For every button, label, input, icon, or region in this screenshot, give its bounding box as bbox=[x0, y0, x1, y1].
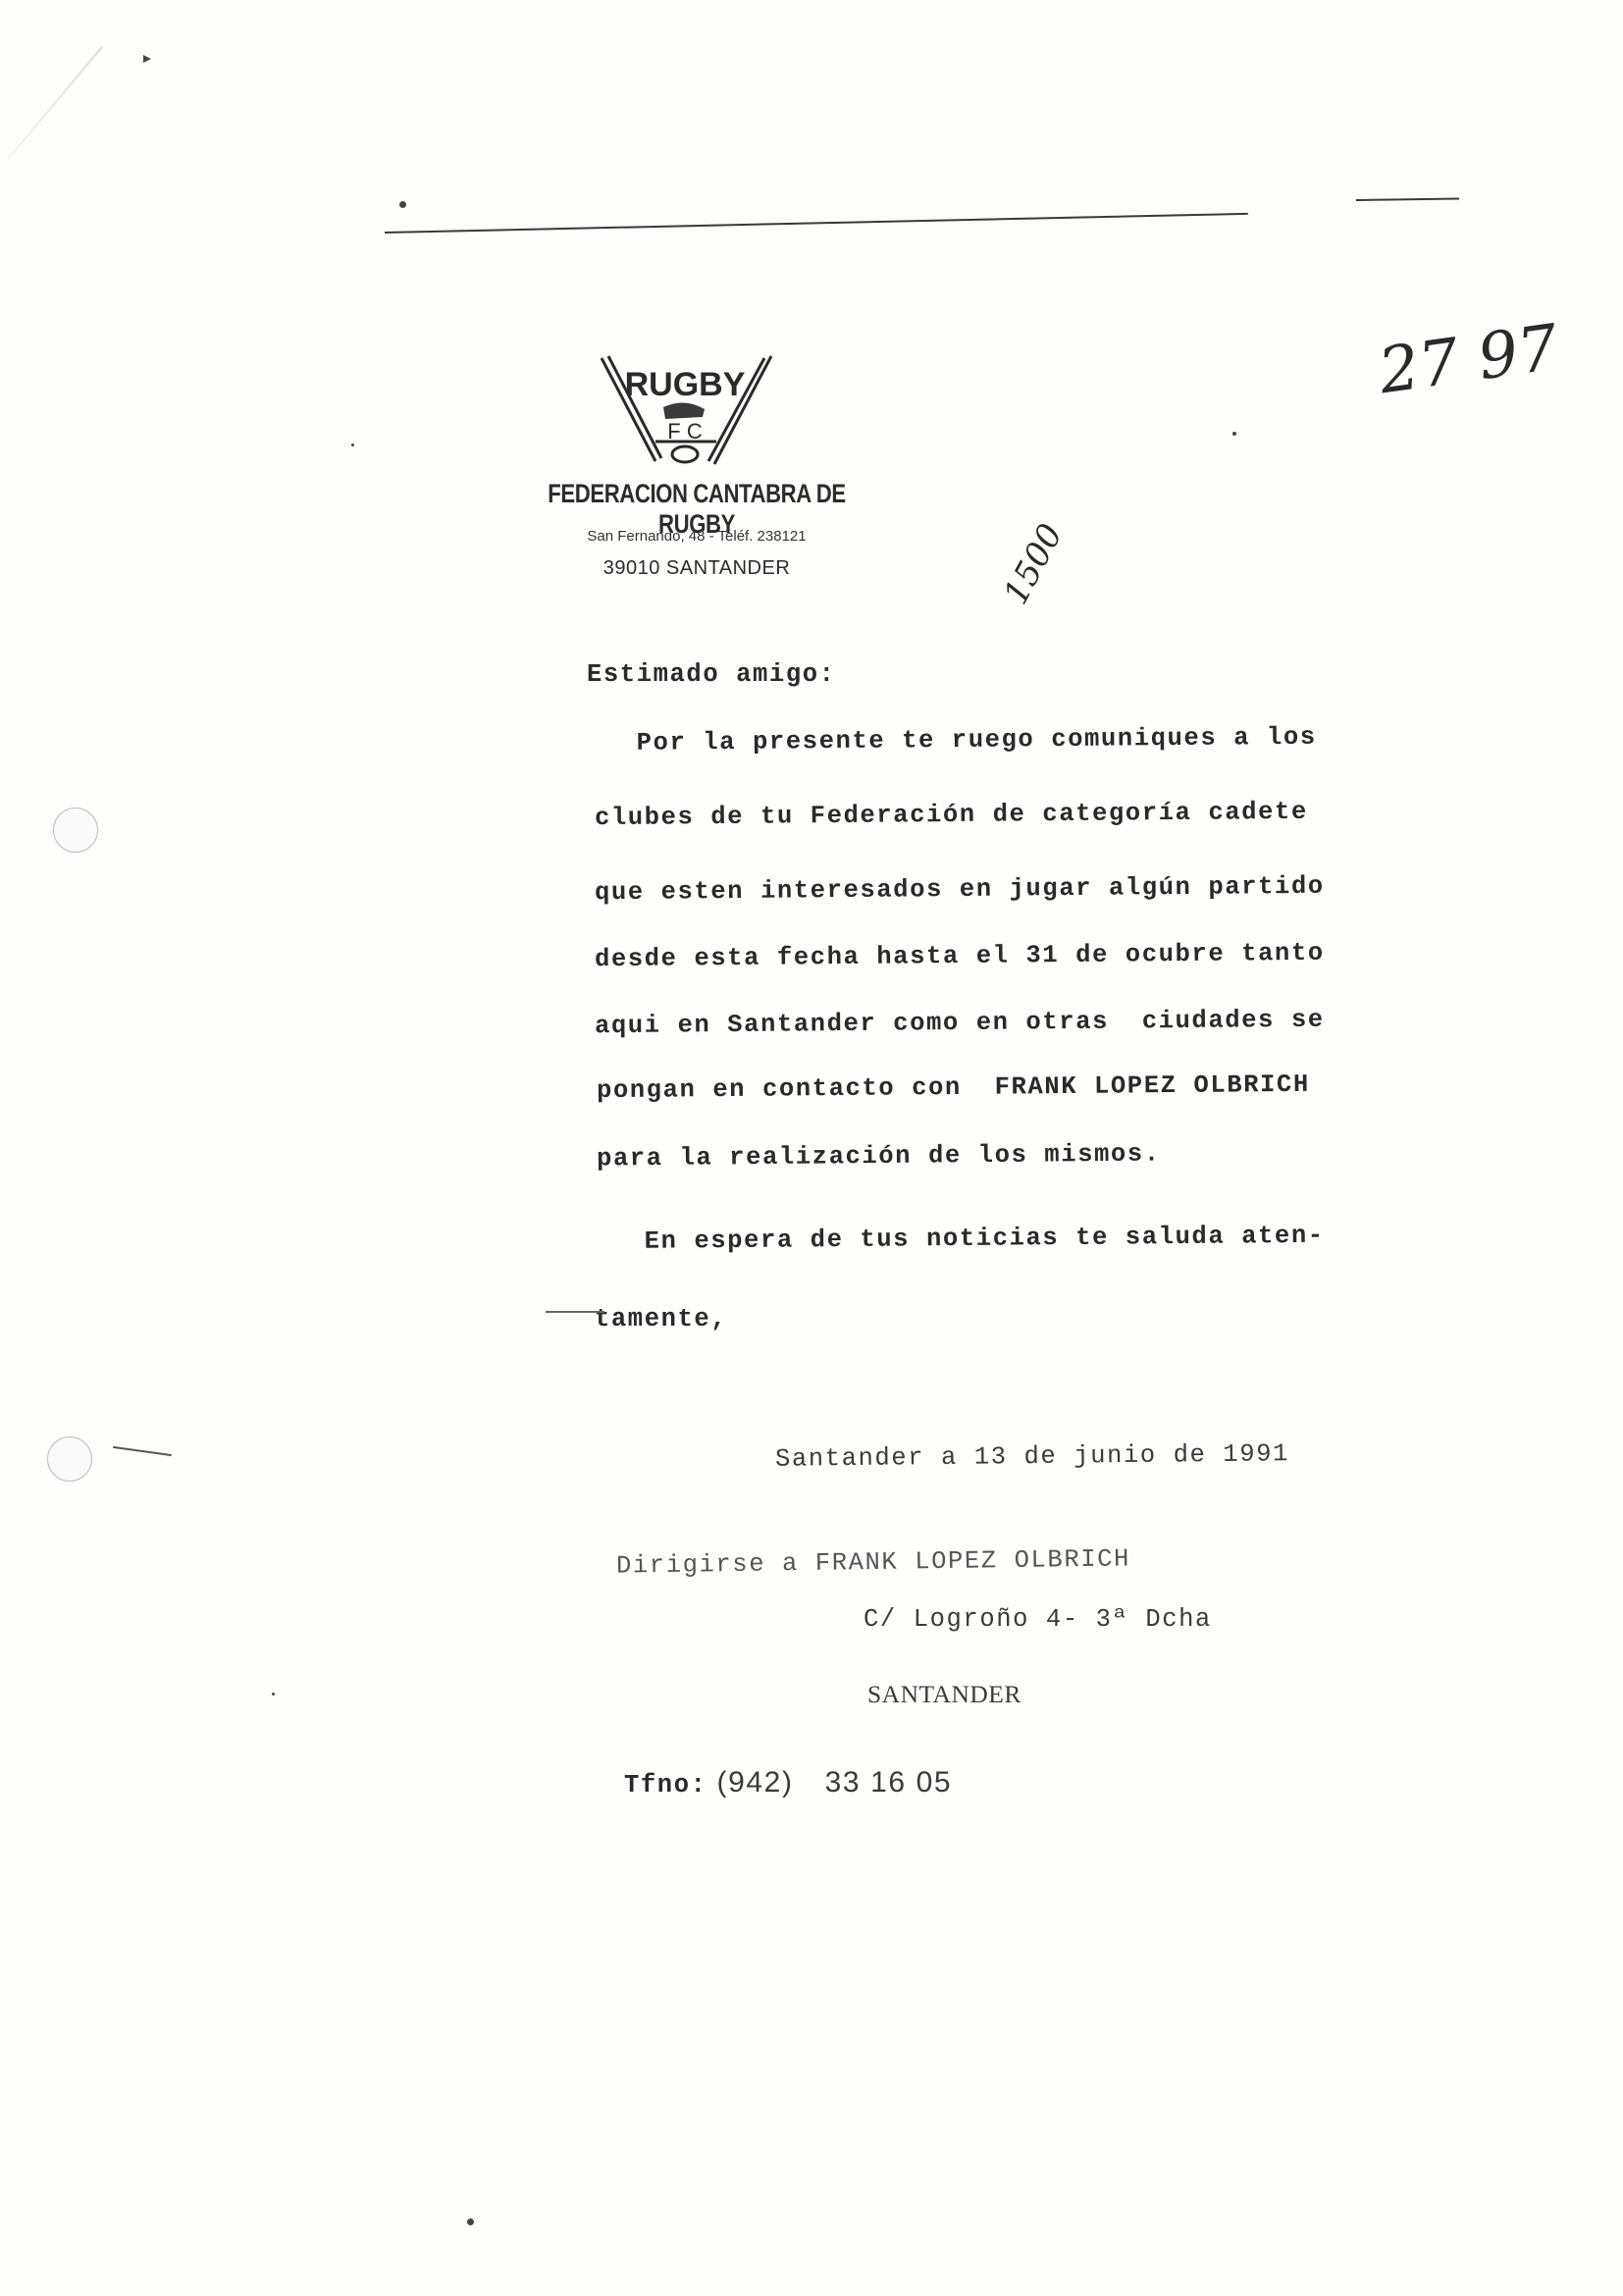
contact-city: SANTANDER bbox=[867, 1680, 1021, 1709]
phone-number: 33 16 05 bbox=[825, 1766, 953, 1799]
scan-speck bbox=[272, 1693, 275, 1696]
body-line: clubes de tu Federación de categoría cad… bbox=[595, 798, 1308, 832]
punch-hole-top bbox=[53, 808, 98, 853]
body-line: desde esta fecha hasta el 31 de ocubre t… bbox=[595, 939, 1325, 973]
contact-directive: Dirigirse a FRANK LOPEZ OLBRICH bbox=[616, 1544, 1130, 1580]
svg-text:RUGBY: RUGBY bbox=[625, 366, 746, 403]
scan-dash bbox=[113, 1446, 172, 1456]
phone-label: Tfno: bbox=[624, 1771, 707, 1800]
rugby-logo-icon: RUGBY F C bbox=[587, 348, 783, 476]
header-rule bbox=[385, 213, 1248, 234]
body-line: aqui en Santander como en otras ciudades… bbox=[595, 1006, 1325, 1040]
scan-speck bbox=[399, 201, 406, 208]
body-line: que esten interesados en jugar algún par… bbox=[595, 872, 1325, 907]
corner-mark-icon bbox=[143, 55, 151, 63]
contact-phone: Tfno: (942) 33 16 05 bbox=[624, 1766, 952, 1800]
contact-street: C/ Logroño 4- 3ª Dcha bbox=[864, 1605, 1212, 1634]
closing-line: En espera de tus noticias te saluda aten… bbox=[595, 1222, 1325, 1256]
body-line: Por la presente te ruego comuniques a lo… bbox=[587, 723, 1317, 757]
scan-speck bbox=[351, 444, 354, 446]
salutation: Estimado amigo: bbox=[587, 660, 836, 689]
place-date: Santander a 13 de junio de 1991 bbox=[775, 1439, 1289, 1473]
scan-dash bbox=[546, 1311, 604, 1313]
svg-text:F C: F C bbox=[667, 419, 703, 444]
phone-area-code: (942) bbox=[717, 1766, 794, 1799]
scan-streak bbox=[7, 46, 103, 160]
body-line: pongan en contacto con FRANK LOPEZ OLBRI… bbox=[597, 1070, 1310, 1105]
organization-address: San Fernando, 48 - Teléf. 238121 bbox=[471, 528, 922, 545]
header-rule-right bbox=[1356, 198, 1459, 201]
organization-city: 39010 SANTANDER bbox=[471, 557, 922, 580]
handwritten-reference: 27 97 bbox=[1375, 312, 1563, 409]
handwritten-margin-number: 1500 bbox=[996, 517, 1071, 610]
scan-speck bbox=[1232, 432, 1236, 436]
scan-speck bbox=[467, 2218, 474, 2225]
punch-hole-bottom bbox=[47, 1436, 92, 1482]
closing-line: tamente, bbox=[595, 1305, 727, 1333]
body-line: para la realización de los mismos. bbox=[597, 1139, 1161, 1173]
